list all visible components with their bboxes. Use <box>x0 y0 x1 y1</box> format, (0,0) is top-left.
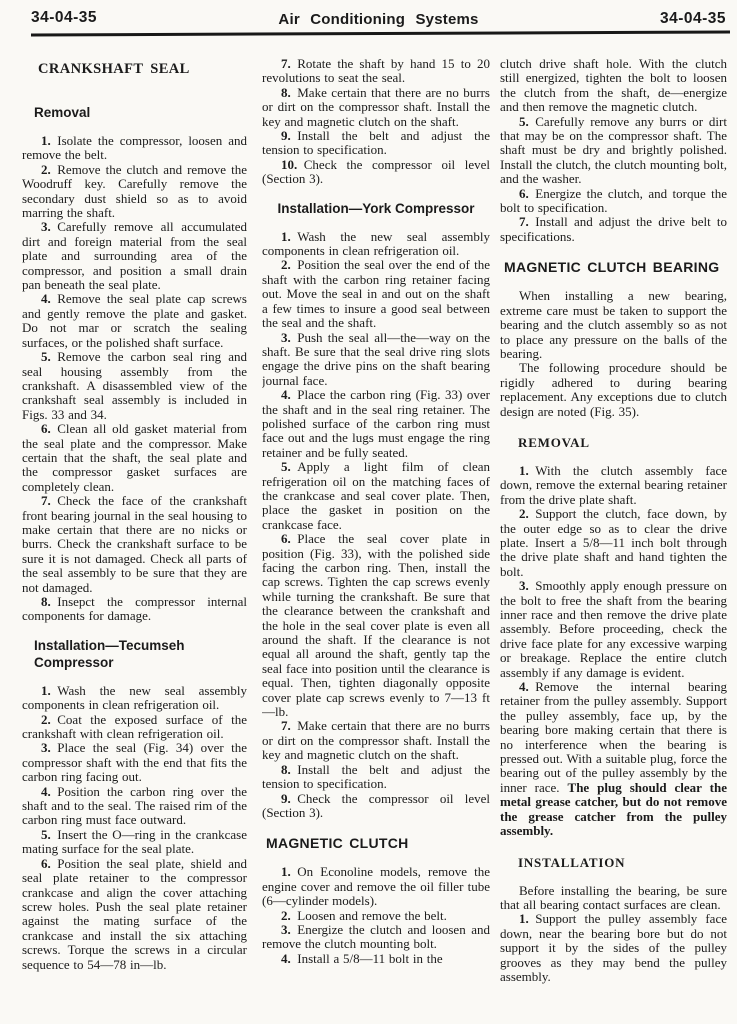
step-number: 2. <box>41 712 51 727</box>
procedure-step: 7. Check the face of the crankshaft fron… <box>22 494 247 595</box>
step-text: When installing a new bearing, extreme c… <box>500 288 727 361</box>
procedure-step: 10. Check the compressor oil level (Sect… <box>262 158 490 187</box>
step-text: Carefully remove any burrs or dirt that … <box>500 114 727 187</box>
procedure-step: 7. Install and adjust the drive belt to … <box>500 215 727 244</box>
step-number: 4. <box>41 291 51 306</box>
step-text: clutch drive shaft hole. With the clutch… <box>500 57 727 114</box>
step-number: 5. <box>281 459 291 474</box>
step-number: 1. <box>41 683 51 698</box>
procedure-step: 2. Support the clutch, face down, by the… <box>500 507 727 579</box>
procedure-step: 4. Remove the internal bearing retainer … <box>500 680 727 838</box>
column-right: clutch drive shaft hole. With the clutch… <box>500 57 727 984</box>
step-number: 6. <box>41 421 51 436</box>
column-left: CRANKSHAFT SEALRemoval1. Isolate the com… <box>22 57 247 972</box>
step-text: Clean all old gasket material from the s… <box>22 421 247 494</box>
step-number: 8. <box>281 85 291 100</box>
step-text: Energize the clutch and loosen and remov… <box>262 922 490 951</box>
step-number: 2. <box>41 162 51 177</box>
step-number: 2. <box>281 908 291 923</box>
procedure-step: 3. Smoothly apply enough pressure on the… <box>500 579 727 680</box>
step-text: Remove the clutch and remove the Woodruf… <box>22 162 247 220</box>
step-text: Push the seal all—the—way on the shaft. … <box>262 330 490 388</box>
paragraph: Before installing the bearing, be sure t… <box>500 884 727 913</box>
step-number: 6. <box>41 856 51 871</box>
procedure-step: 2. Coat the exposed surface of the crank… <box>22 713 247 742</box>
procedure-step: 3. Place the seal (Fig. 34) over the com… <box>22 741 247 784</box>
section-heading: CRANKSHAFT SEAL <box>38 61 247 77</box>
page-number-right: 34-04-35 <box>660 10 726 28</box>
header-rule <box>31 30 730 36</box>
procedure-step: 1. With the clutch assembly face down, r… <box>500 464 727 507</box>
step-number: 8. <box>281 762 291 777</box>
step-number: 1. <box>41 133 51 148</box>
step-number: 3. <box>281 330 291 345</box>
procedure-step: 4. Install a 5/8—11 bolt in the <box>262 952 490 966</box>
procedure-step: 5. Insert the O—ring in the crankcase ma… <box>22 828 247 857</box>
step-number: 9. <box>281 128 291 143</box>
procedure-step: 9. Install the belt and adjust the tensi… <box>262 129 490 158</box>
step-text: The following procedure should be rigidl… <box>500 360 727 418</box>
step-number: 3. <box>41 219 51 234</box>
step-text: Smoothly apply enough pressure on the bo… <box>500 578 727 679</box>
step-number: 4. <box>519 679 529 694</box>
procedure-step: 1. On Econoline models, remove the engin… <box>262 865 490 908</box>
step-text: Place the carbon ring (Fig. 33) over the… <box>262 387 490 460</box>
step-number: 3. <box>281 922 291 937</box>
procedure-step: 4. Position the carbon ring over the sha… <box>22 785 247 828</box>
step-number: 1. <box>281 864 291 879</box>
procedure-step: 7. Make certain that there are no burrs … <box>262 719 490 762</box>
step-text: Place the seal cover plate in position (… <box>262 531 490 719</box>
step-text: Carefully remove all accumulated dirt an… <box>22 219 247 292</box>
procedure-step: 3. Push the seal all—the—way on the shaf… <box>262 331 490 389</box>
subsection-heading: Installation—York Compressor <box>262 200 490 217</box>
step-number: 8. <box>41 594 51 609</box>
step-text: Position the seal over the end of the sh… <box>262 257 490 330</box>
procedure-step: 6. Energize the clutch, and torque the b… <box>500 187 727 216</box>
procedure-step: 1. Support the pulley assembly face down… <box>500 912 727 984</box>
step-number: 1. <box>519 911 529 926</box>
paragraph: When installing a new bearing, extreme c… <box>500 289 727 361</box>
step-text: With the clutch assembly face down, remo… <box>500 463 727 507</box>
procedure-step: 1. Wash the new seal assembly components… <box>262 230 490 259</box>
step-text: Wash the new seal assembly components in… <box>22 683 247 712</box>
step-text: Loosen and remove the belt. <box>297 908 447 923</box>
step-text: Insepct the compressor internal componen… <box>22 594 247 623</box>
step-number: 2. <box>519 506 529 521</box>
subsection-heading: REMOVAL <box>518 435 727 450</box>
step-number: 4. <box>41 784 51 799</box>
step-number: 7. <box>281 718 291 733</box>
procedure-step: 4. Remove the seal plate cap screws and … <box>22 292 247 350</box>
page-header: 34-04-35 Air Conditioning Systems 34-04-… <box>31 7 726 31</box>
step-text: Insert the O—ring in the crankcase matin… <box>22 827 247 856</box>
step-text: Coat the exposed surface of the cranksha… <box>22 712 247 741</box>
procedure-step: 7. Rotate the shaft by hand 15 to 20 rev… <box>262 57 490 86</box>
step-text: Place the seal (Fig. 34) over the compre… <box>22 740 247 784</box>
step-number: 3. <box>519 578 529 593</box>
step-text: Check the compressor oil level (Section … <box>262 791 490 820</box>
procedure-step: 9. Check the compressor oil level (Secti… <box>262 792 490 821</box>
step-text: Install and adjust the drive belt to spe… <box>500 214 727 243</box>
step-text: Isolate the compressor, loosen and remov… <box>22 133 247 162</box>
step-text: Install the belt and adjust the tension … <box>262 128 490 157</box>
procedure-step: 8. Make certain that there are no burrs … <box>262 86 490 129</box>
step-text: On Econoline models, remove the engine c… <box>262 864 490 908</box>
step-text: Position the carbon ring over the shaft … <box>22 784 247 828</box>
procedure-step: 1. Isolate the compressor, loosen and re… <box>22 134 247 163</box>
subsection-heading: Removal <box>34 104 247 121</box>
procedure-step: 2. Position the seal over the end of the… <box>262 258 490 330</box>
procedure-step: 4. Place the carbon ring (Fig. 33) over … <box>262 388 490 460</box>
procedure-step: 5. Carefully remove any burrs or dirt th… <box>500 115 727 187</box>
procedure-step: 5. Apply a light film of clean refrigera… <box>262 460 490 532</box>
section-heading: MAGNETIC CLUTCH <box>266 835 490 852</box>
procedure-step: 5. Remove the carbon seal ring and seal … <box>22 350 247 422</box>
procedure-step: 6. Place the seal cover plate in positio… <box>262 532 490 719</box>
step-number: 7. <box>281 57 291 71</box>
step-number: 1. <box>519 463 529 478</box>
procedure-step: 2. Loosen and remove the belt. <box>262 909 490 923</box>
procedure-step: 8. Install the belt and adjust the tensi… <box>262 763 490 792</box>
step-number: 5. <box>519 114 529 129</box>
step-text: Before installing the bearing, be sure t… <box>500 883 727 912</box>
page-title: Air Conditioning Systems <box>31 11 726 28</box>
procedure-step: 6. Clean all old gasket material from th… <box>22 422 247 494</box>
step-number: 6. <box>519 186 529 201</box>
step-text: Wash the new seal assembly components in… <box>262 229 490 258</box>
step-number: 7. <box>41 493 51 508</box>
step-text: Remove the seal plate cap screws and gen… <box>22 291 247 349</box>
paragraph: The following procedure should be rigidl… <box>500 361 727 419</box>
paragraph-continuation: clutch drive shaft hole. With the clutch… <box>500 57 727 115</box>
text-columns: CRANKSHAFT SEALRemoval1. Isolate the com… <box>22 57 727 1024</box>
step-number: 5. <box>41 349 51 364</box>
step-number: 9. <box>281 791 291 806</box>
step-number: 3. <box>41 740 51 755</box>
procedure-step: 3. Energize the clutch and loosen and re… <box>262 923 490 952</box>
step-text: Rotate the shaft by hand 15 to 20 revolu… <box>262 57 490 85</box>
step-text: Energize the clutch, and torque the bolt… <box>500 186 727 215</box>
column-middle: 7. Rotate the shaft by hand 15 to 20 rev… <box>262 57 490 966</box>
section-heading: MAGNETIC CLUTCH BEARING <box>504 259 727 276</box>
step-text: Support the pulley assembly face down, n… <box>500 911 727 984</box>
step-number: 6. <box>281 531 291 546</box>
procedure-step: 2. Remove the clutch and remove the Wood… <box>22 163 247 221</box>
manual-page: 34-04-35 Air Conditioning Systems 34-04-… <box>0 0 737 1024</box>
step-text: Make certain that there are no burrs or … <box>262 85 490 129</box>
step-text: Install a 5/8—11 bolt in the <box>297 951 442 966</box>
step-number: 5. <box>41 827 51 842</box>
procedure-step: 3. Carefully remove all accumulated dirt… <box>22 220 247 292</box>
subsection-heading: Installation—Tecumseh Compressor <box>34 637 247 671</box>
step-number: 1. <box>281 229 291 244</box>
procedure-step: 1. Wash the new seal assembly components… <box>22 684 247 713</box>
step-text: Apply a light film of clean refrigeratio… <box>262 459 490 532</box>
step-number: 10. <box>281 157 297 172</box>
step-text: Make certain that there are no burrs or … <box>262 718 490 762</box>
step-text: Remove the carbon seal ring and seal hou… <box>22 349 247 422</box>
step-text: Check the compressor oil level (Section … <box>262 157 490 186</box>
step-text: Remove the internal bearing retainer fro… <box>500 679 727 795</box>
step-number: 2. <box>281 257 291 272</box>
step-number: 4. <box>281 387 291 402</box>
step-text: Position the seal plate, shield and seal… <box>22 856 247 972</box>
step-text: Install the belt and adjust the tension … <box>262 762 490 791</box>
procedure-step: 6. Position the seal plate, shield and s… <box>22 857 247 972</box>
procedure-step: 8. Insepct the compressor internal compo… <box>22 595 247 624</box>
subsection-heading: INSTALLATION <box>518 855 727 870</box>
step-number: 7. <box>519 214 529 229</box>
step-text: Check the face of the crankshaft front b… <box>22 493 247 594</box>
step-number: 4. <box>281 951 291 966</box>
step-text: Support the clutch, face down, by the ou… <box>500 506 727 579</box>
